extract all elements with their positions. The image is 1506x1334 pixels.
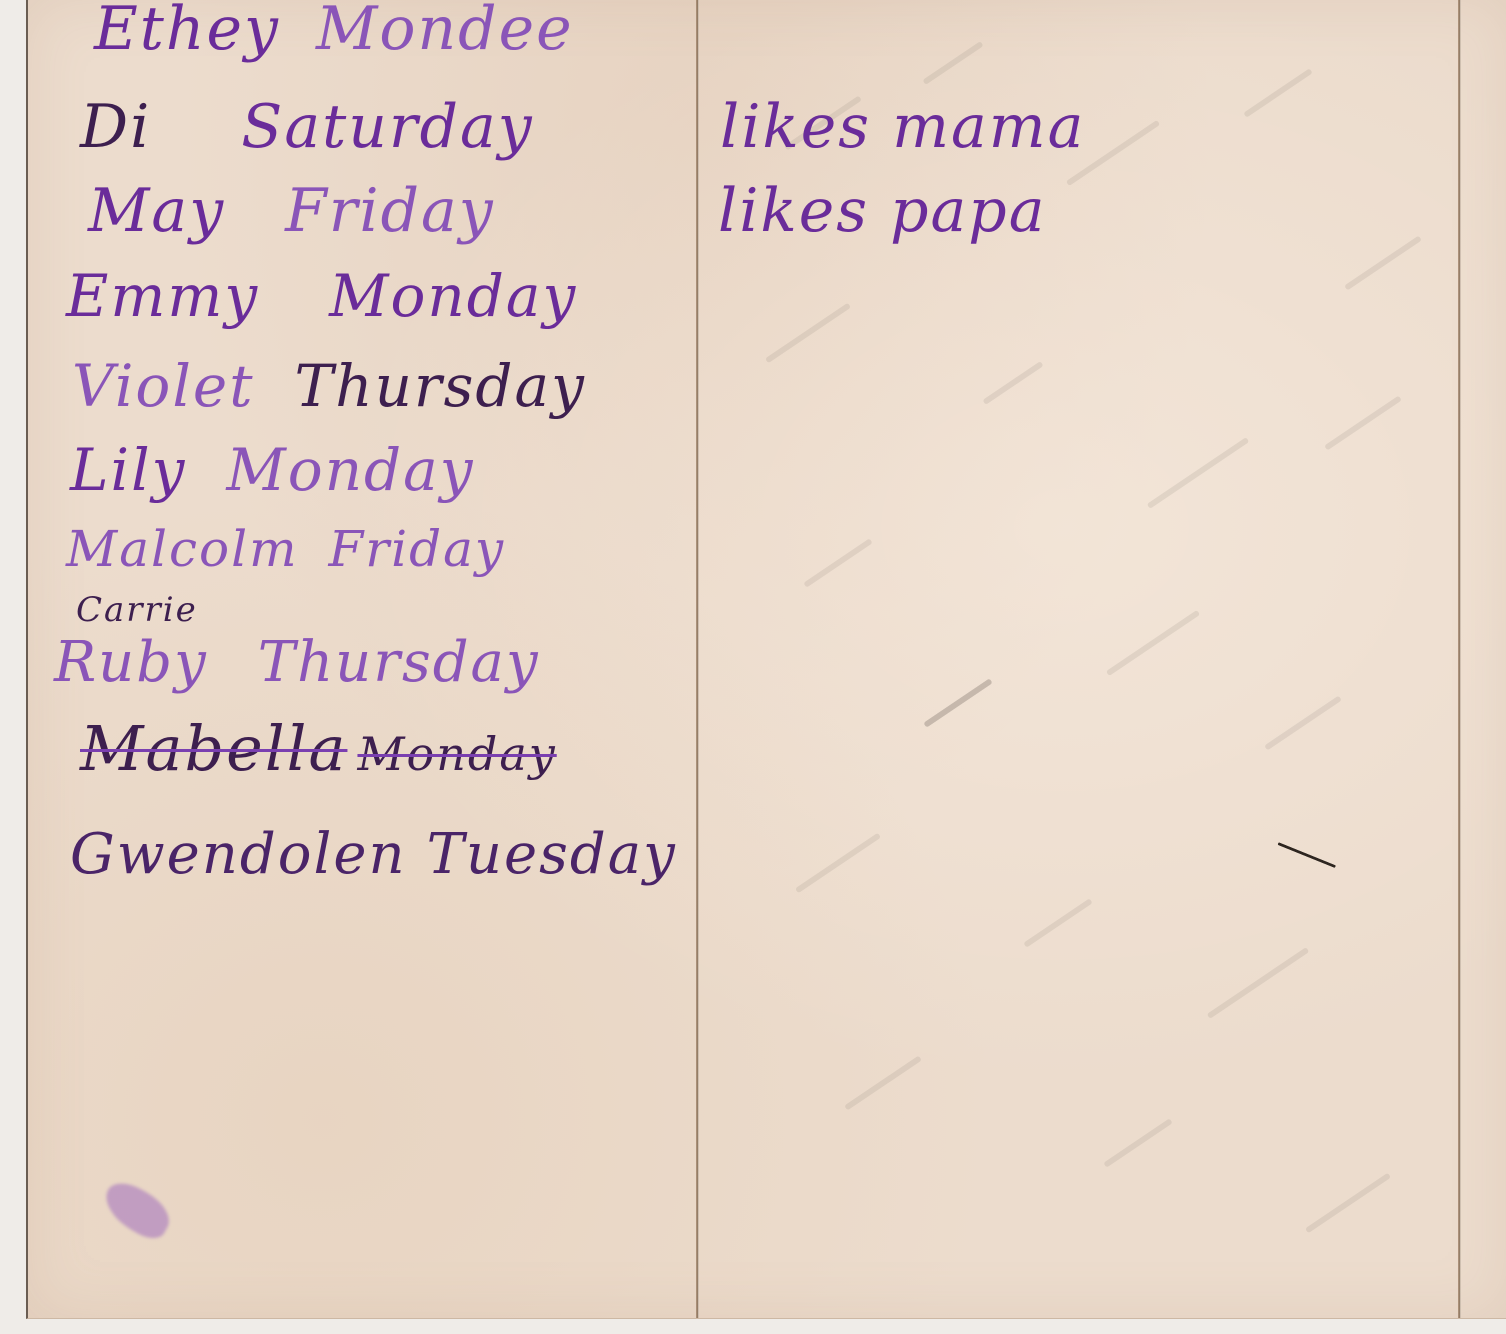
list-item: MabellaMonday — [80, 712, 557, 785]
entry-day: Monday — [329, 262, 577, 330]
entry-day: Mondee — [316, 0, 574, 64]
entry-day: Saturday — [241, 92, 533, 162]
entry-note: likes mama — [720, 92, 1085, 162]
list-item: EtheyMondee — [94, 0, 574, 64]
list-item: MayFriday likes papa — [88, 176, 495, 246]
entry-name: Di — [80, 92, 151, 162]
entry-name: Carrie — [76, 590, 198, 630]
list-item: GwendolenTuesday — [70, 822, 677, 887]
fold-crease-right — [1458, 0, 1461, 1318]
entry-day: Monday — [357, 727, 556, 781]
entry-name: Emmy — [66, 262, 259, 330]
list-item: MalcolmFriday — [66, 520, 505, 578]
list-item: EmmyMonday — [66, 262, 577, 330]
entry-name: Gwendolen — [70, 822, 407, 887]
entry-note: likes papa — [718, 176, 1046, 246]
entry-name: Mabella — [80, 712, 347, 785]
entry-name: Ethey — [94, 0, 280, 64]
ink-blot — [97, 1175, 178, 1245]
entry-name: Malcolm — [66, 520, 299, 578]
entry-name: Ruby — [54, 630, 208, 695]
entry-day: Friday — [329, 520, 506, 578]
list-item: DiSaturday likes mama — [80, 92, 534, 162]
entry-name: Lily — [70, 436, 186, 504]
list-item: RubyThursday — [54, 630, 540, 695]
list-item: VioletThursday — [72, 352, 586, 420]
fold-crease-left — [696, 0, 699, 1318]
stray-pen-mark — [1277, 842, 1336, 868]
entry-name: May — [88, 176, 225, 246]
entry-day: Monday — [226, 436, 474, 504]
list-item: LilyMonday — [70, 436, 475, 504]
list-item: Carrie — [76, 590, 198, 630]
entry-day: Friday — [285, 176, 495, 246]
entry-day: Thursday — [258, 630, 540, 695]
entry-day: Tuesday — [427, 822, 677, 887]
entry-name: Violet — [72, 352, 255, 420]
entry-day: Thursday — [295, 352, 586, 420]
